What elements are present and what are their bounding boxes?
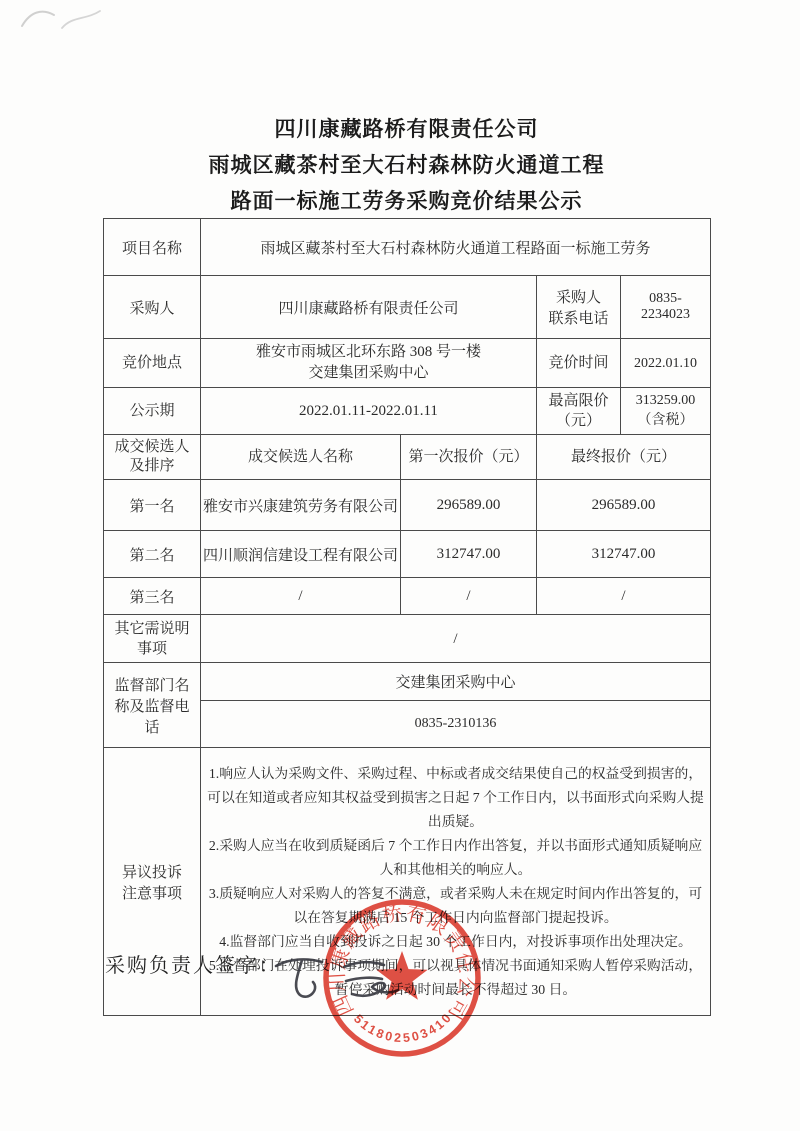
max-price-label: 最高限价 （元） [537,388,621,435]
title-line-company: 四川康藏路桥有限责任公司 [103,112,710,148]
title-line-result: 路面一标施工劳务采购竞价结果公示 [103,184,710,220]
purchaser-phone-value: 0835-2234023 [621,276,711,339]
candidate-row-1: 第一名 雅安市兴康建筑劳务有限公司 296589.00 296589.00 [104,480,711,531]
candidate-first-offer: 296589.00 [401,480,537,531]
bid-place-value: 雅安市雨城区北环东路 308 号一楼 交建集团采购中心 [201,339,537,388]
purchaser-value: 四川康藏路桥有限责任公司 [201,276,537,339]
publicity-value: 2022.01.11-2022.01.11 [201,388,537,435]
candidate-name: 四川顺润信建设工程有限公司 [201,531,401,578]
supervision-label: 监督部门名称及监督电话 [104,663,201,748]
scan-pen-mark [16,2,106,36]
row-publicity: 公示期 2022.01.11-2022.01.11 最高限价 （元） 31325… [104,388,711,435]
company-seal-stamp: 四川康藏路桥有限责任公司 5118025034105 [312,888,492,1068]
stamp-star-icon [376,951,427,1000]
candidate-first-offer: 312747.00 [401,531,537,578]
signature-label: 采购负责人签字： [105,953,281,980]
project-label: 项目名称 [104,219,201,276]
candidate-row-3: 第三名 / / / [104,578,711,615]
candidates-rank-header: 成交候选人 及排序 [104,435,201,480]
other-notes-label: 其它需说明 事项 [104,615,201,663]
candidate-final-offer: 312747.00 [537,531,711,578]
row-supervision-name: 监督部门名称及监督电话 交建集团采购中心 [104,663,711,701]
max-price-value: 313259.00 （含税） [621,388,711,435]
scanned-document-page: 四川康藏路桥有限责任公司 雨城区藏茶村至大石村森林防火通道工程 路面一标施工劳务… [0,0,800,1131]
candidate-name: / [201,578,401,615]
row-other-notes: 其它需说明 事项 / [104,615,711,663]
candidate-rank: 第一名 [104,480,201,531]
candidate-row-2: 第二名 四川顺润信建设工程有限公司 312747.00 312747.00 [104,531,711,578]
candidates-first-offer-header: 第一次报价（元） [401,435,537,480]
candidate-rank: 第二名 [104,531,201,578]
candidates-name-header: 成交候选人名称 [201,435,401,480]
candidates-final-offer-header: 最终报价（元） [537,435,711,480]
candidate-final-offer: 296589.00 [537,480,711,531]
objection-item-1: 1.响应人认为采购文件、采购过程、中标或者成交结果使自己的权益受到损害的，可以在… [205,762,706,834]
document-title: 四川康藏路桥有限责任公司 雨城区藏茶村至大石村森林防火通道工程 路面一标施工劳务… [103,112,710,220]
title-line-project: 雨城区藏茶村至大石村森林防火通道工程 [103,148,710,184]
row-bid-place: 竞价地点 雅安市雨城区北环东路 308 号一楼 交建集团采购中心 竞价时间 20… [104,339,711,388]
bid-place-label: 竞价地点 [104,339,201,388]
row-candidates-header: 成交候选人 及排序 成交候选人名称 第一次报价（元） 最终报价（元） [104,435,711,480]
bid-time-value: 2022.01.10 [621,339,711,388]
project-value: 雨城区藏茶村至大石村森林防火通道工程路面一标施工劳务 [201,219,711,276]
candidate-name: 雅安市兴康建筑劳务有限公司 [201,480,401,531]
supervision-name-value: 交建集团采购中心 [201,663,711,701]
other-notes-value: / [201,615,711,663]
candidate-final-offer: / [537,578,711,615]
publicity-label: 公示期 [104,388,201,435]
candidate-first-offer: / [401,578,537,615]
purchaser-label: 采购人 [104,276,201,339]
row-project: 项目名称 雨城区藏茶村至大石村森林防火通道工程路面一标施工劳务 [104,219,711,276]
supervision-phone-value: 0835-2310136 [201,701,711,748]
candidate-rank: 第三名 [104,578,201,615]
purchaser-phone-label: 采购人 联系电话 [537,276,621,339]
bid-time-label: 竞价时间 [537,339,621,388]
objection-item-2: 2.采购人应当在收到质疑函后 7 个工作日内作出答复，并以书面形式通知质疑响应人… [205,834,706,882]
row-purchaser: 采购人 四川康藏路桥有限责任公司 采购人 联系电话 0835-2234023 [104,276,711,339]
